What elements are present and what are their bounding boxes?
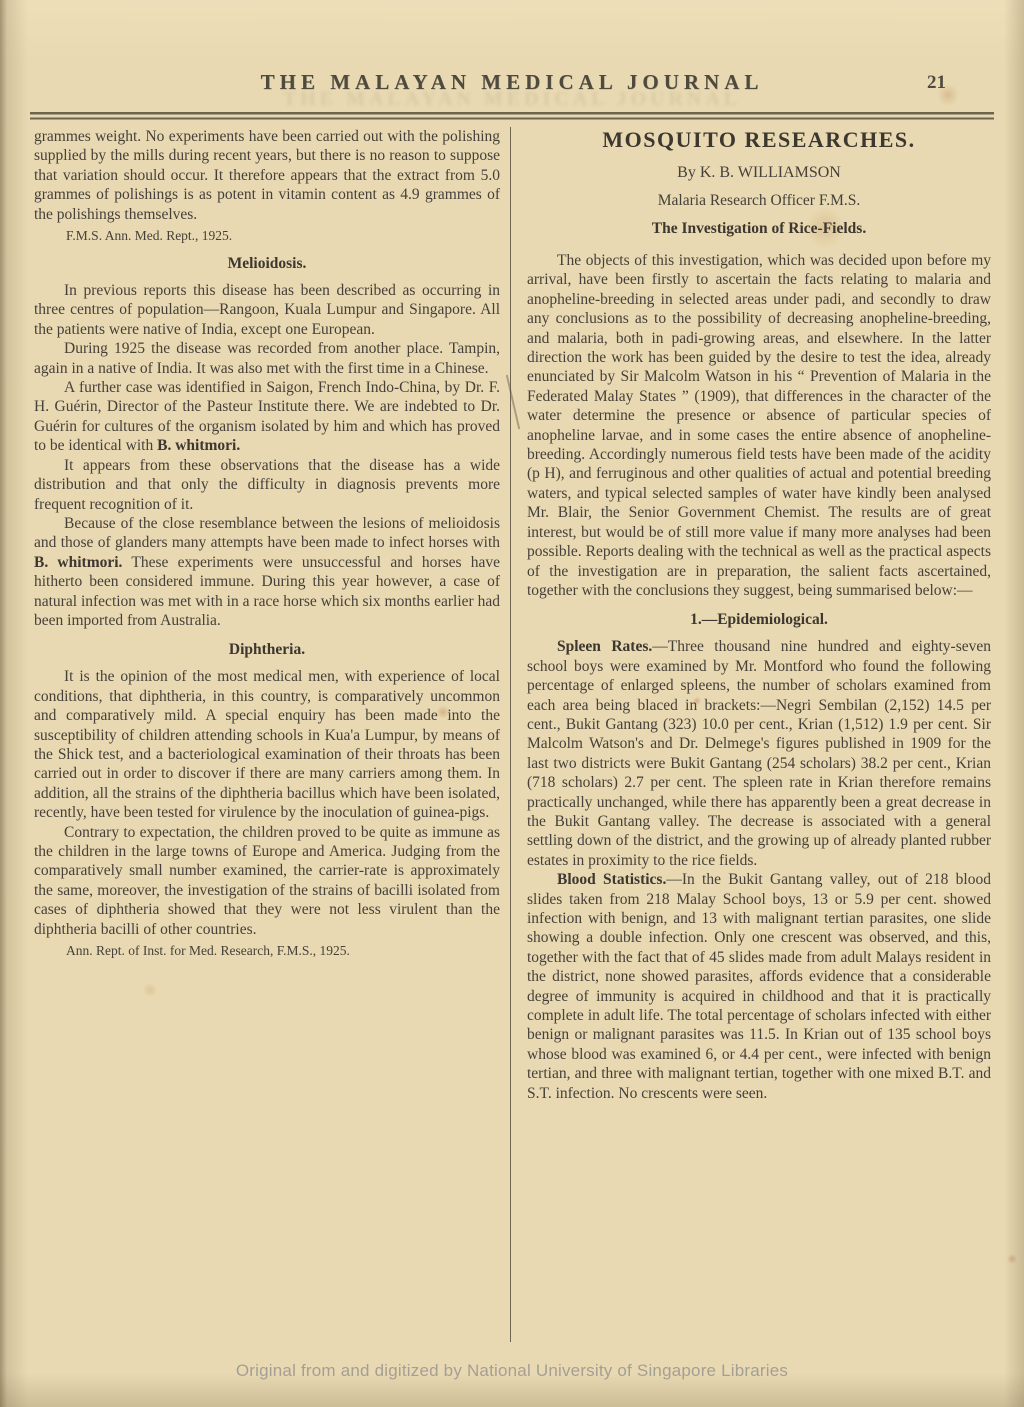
two-column-layout: grammes weight. No experiments have been…	[34, 127, 992, 1342]
journal-title: THE MALAYAN MEDICAL JOURNAL	[0, 70, 1024, 95]
spleen-rates-paragraph: Spleen Rates.—Three thousand nine hundre…	[527, 637, 991, 870]
melioidosis-paragraph-5: Because of the close resemblance between…	[34, 514, 500, 630]
article-subtitle: The Investigation of Rice-Fields.	[527, 220, 991, 238]
spleen-rates-text: —Three thousand nine hundred and eighty-…	[527, 638, 991, 868]
blood-statistics-label: Blood Statistics.	[557, 871, 666, 888]
scanned-journal-page: THE MALAYAN MEDICAL JOURNAL THE MALAYAN …	[0, 0, 1024, 1407]
melioidosis-paragraph-2: During 1925 the disease was recorded fro…	[34, 339, 500, 378]
article-byline: By K. B. WILLIAMSON	[527, 164, 991, 182]
blood-statistics-text: —In the Bukit Gantang valley, out of 218…	[527, 871, 991, 1101]
spleen-rates-label: Spleen Rates.	[557, 638, 652, 655]
left-column: grammes weight. No experiments have been…	[34, 127, 510, 1342]
header-double-rule	[30, 112, 994, 120]
melioidosis-paragraph-3: A further case was identified in Saigon,…	[34, 378, 500, 456]
reference-ann-rept-inst-med-research: Ann. Rept. of Inst. for Med. Research, F…	[66, 942, 500, 959]
melioidosis-paragraph-3-text: A further case was identified in Saigon,…	[34, 379, 500, 454]
melioidosis-paragraph-5-text1: Because of the close resemblance between…	[34, 515, 500, 551]
melioidosis-paragraph-1: In previous reports this disease has bee…	[34, 281, 500, 339]
article-title: MOSQUITO RESEARCHES.	[527, 127, 991, 153]
author-role: Malaria Research Officer F.M.S.	[527, 192, 991, 210]
melioidosis-paragraph-4: It appears from these observations that …	[34, 456, 500, 514]
diphtheria-paragraph-1: It is the opinion of the most medical me…	[34, 667, 500, 822]
page-number: 21	[927, 72, 946, 94]
continued-paragraph: grammes weight. No experiments have been…	[34, 127, 500, 224]
b-whitmori-bold-2: B. whitmori.	[34, 554, 122, 571]
epidemiological-section-heading: 1.—Epidemiological.	[527, 610, 991, 629]
digitization-attribution: Original from and digitized by National …	[0, 1361, 1024, 1381]
b-whitmori-bold: B. whitmori.	[157, 437, 240, 454]
blood-statistics-paragraph: Blood Statistics.—In the Bukit Gantang v…	[527, 870, 991, 1103]
reference-fms-ann-med-rept: F.M.S. Ann. Med. Rept., 1925.	[66, 227, 500, 244]
intro-paragraph: The objects of this investigation, which…	[527, 251, 991, 600]
melioidosis-heading: Melioidosis.	[34, 254, 500, 273]
right-column: MOSQUITO RESEARCHES. By K. B. WILLIAMSON…	[510, 127, 991, 1342]
diphtheria-paragraph-2: Contrary to expectation, the children pr…	[34, 823, 500, 939]
diphtheria-heading: Diphtheria.	[34, 640, 500, 659]
